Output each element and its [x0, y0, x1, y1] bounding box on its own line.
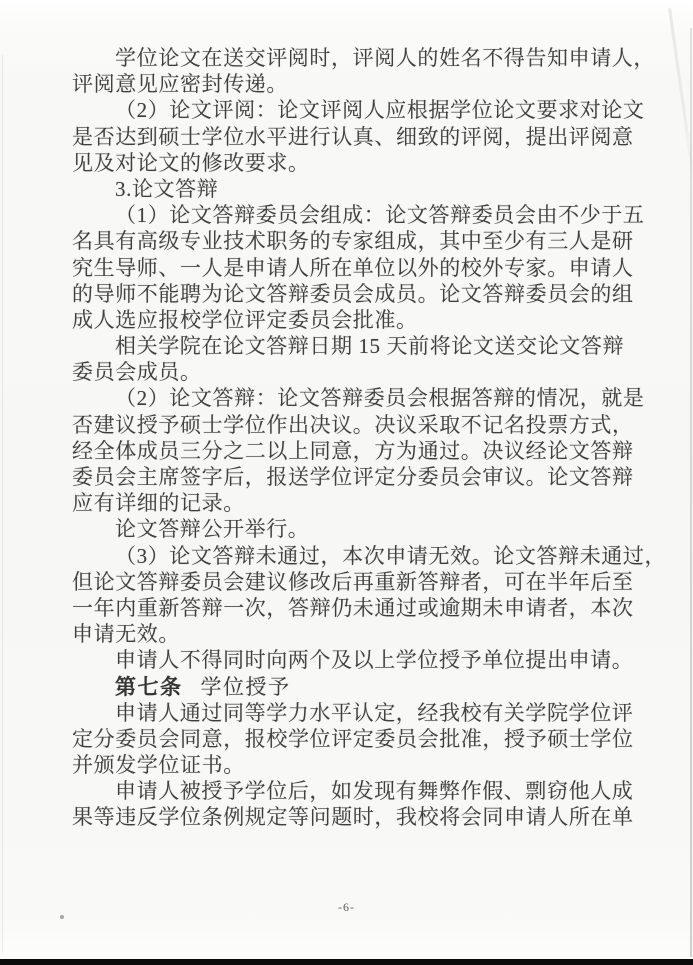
- text-line: 否建议授予硕士学位作出决议。决议采取不记名投票方式，: [72, 412, 632, 438]
- article-number: 第七条: [115, 675, 183, 699]
- text-line: 评阅意见应密封传递。: [72, 71, 632, 97]
- text-line: 并颁发学位证书。: [72, 752, 632, 778]
- text-line: 定分委员会同意，报校学位评定委员会批准，授予硕士学位: [72, 726, 632, 752]
- text-line: 申请人通过同等学力水平认定，经我校有关学院学位评: [72, 700, 632, 726]
- scan-left-edge: [2, 55, 3, 953]
- text-line: 见及对论文的修改要求。: [72, 150, 632, 176]
- text-line: 论文答辩公开举行。: [72, 516, 632, 542]
- text-line: 申请无效。: [72, 621, 632, 647]
- article-title: 学位授予: [201, 675, 291, 699]
- text-line: 果等违反学位条例规定等问题时，我校将会同申请人所在单: [72, 804, 632, 830]
- text-line: 应有详细的记录。: [72, 490, 632, 516]
- article-heading: 第七条学位授予: [72, 674, 632, 700]
- text-line: （3）论文答辩未通过，本次申请无效。论文答辩未通过，: [72, 543, 632, 569]
- text-line: 相关学院在论文答辩日期 15 天前将论文送交论文答辩: [72, 333, 632, 359]
- text-line: 经全体成员三分之二以上同意，方为通过。决议经论文答辩: [72, 438, 632, 464]
- text-line: 申请人不得同时向两个及以上学位授予单位提出申请。: [72, 647, 632, 673]
- text-line: 究生导师、一人是申请人所在单位以外的校外专家。申请人: [72, 255, 632, 281]
- text-line: 委员会成员。: [72, 359, 632, 385]
- text-line: 的导师不能聘为论文答辩委员会成员。论文答辩委员会的组: [72, 281, 632, 307]
- text-line: 3.论文答辩: [72, 176, 632, 202]
- text-line: 委员会主席签字后，报送学位评定分委员会审议。论文答辩: [72, 464, 632, 490]
- text-line: 申请人被授予学位后，如发现有舞弊作假、剽窃他人成: [72, 778, 632, 804]
- text-line: （2）论文答辩：论文答辩委员会根据答辩的情况，就是: [72, 385, 632, 411]
- text-line: 一年内重新答辩一次，答辩仍未通过或逾期未申请者，本次: [72, 595, 632, 621]
- text-line: （2）论文评阅：论文评阅人应根据学位论文要求对论文: [72, 97, 632, 123]
- scanned-page: 学位论文在送交评阅时，评阅人的姓名不得告知申请人， 评阅意见应密封传递。 （2）…: [0, 0, 693, 965]
- text-line: 名具有高级专业技术职务的专家组成，其中至少有三人是研: [72, 228, 632, 254]
- document-body: 学位论文在送交评阅时，评阅人的姓名不得告知申请人， 评阅意见应密封传递。 （2）…: [72, 45, 632, 831]
- text-line: （1）论文答辩委员会组成：论文答辩委员会由不少于五: [72, 202, 632, 228]
- scan-bottom-edge: [0, 959, 693, 965]
- text-line: 成人选应报校学位评定委员会批准。: [72, 307, 632, 333]
- page-number: -6-: [0, 900, 693, 915]
- text-line: 但论文答辩委员会建议修改后再重新答辩者，可在半年后至: [72, 569, 632, 595]
- text-line: 学位论文在送交评阅时，评阅人的姓名不得告知申请人，: [72, 45, 632, 71]
- scan-speck: [60, 915, 64, 919]
- text-line: 是否达到硕士学位水平进行认真、细致的评阅，提出评阅意: [72, 124, 632, 150]
